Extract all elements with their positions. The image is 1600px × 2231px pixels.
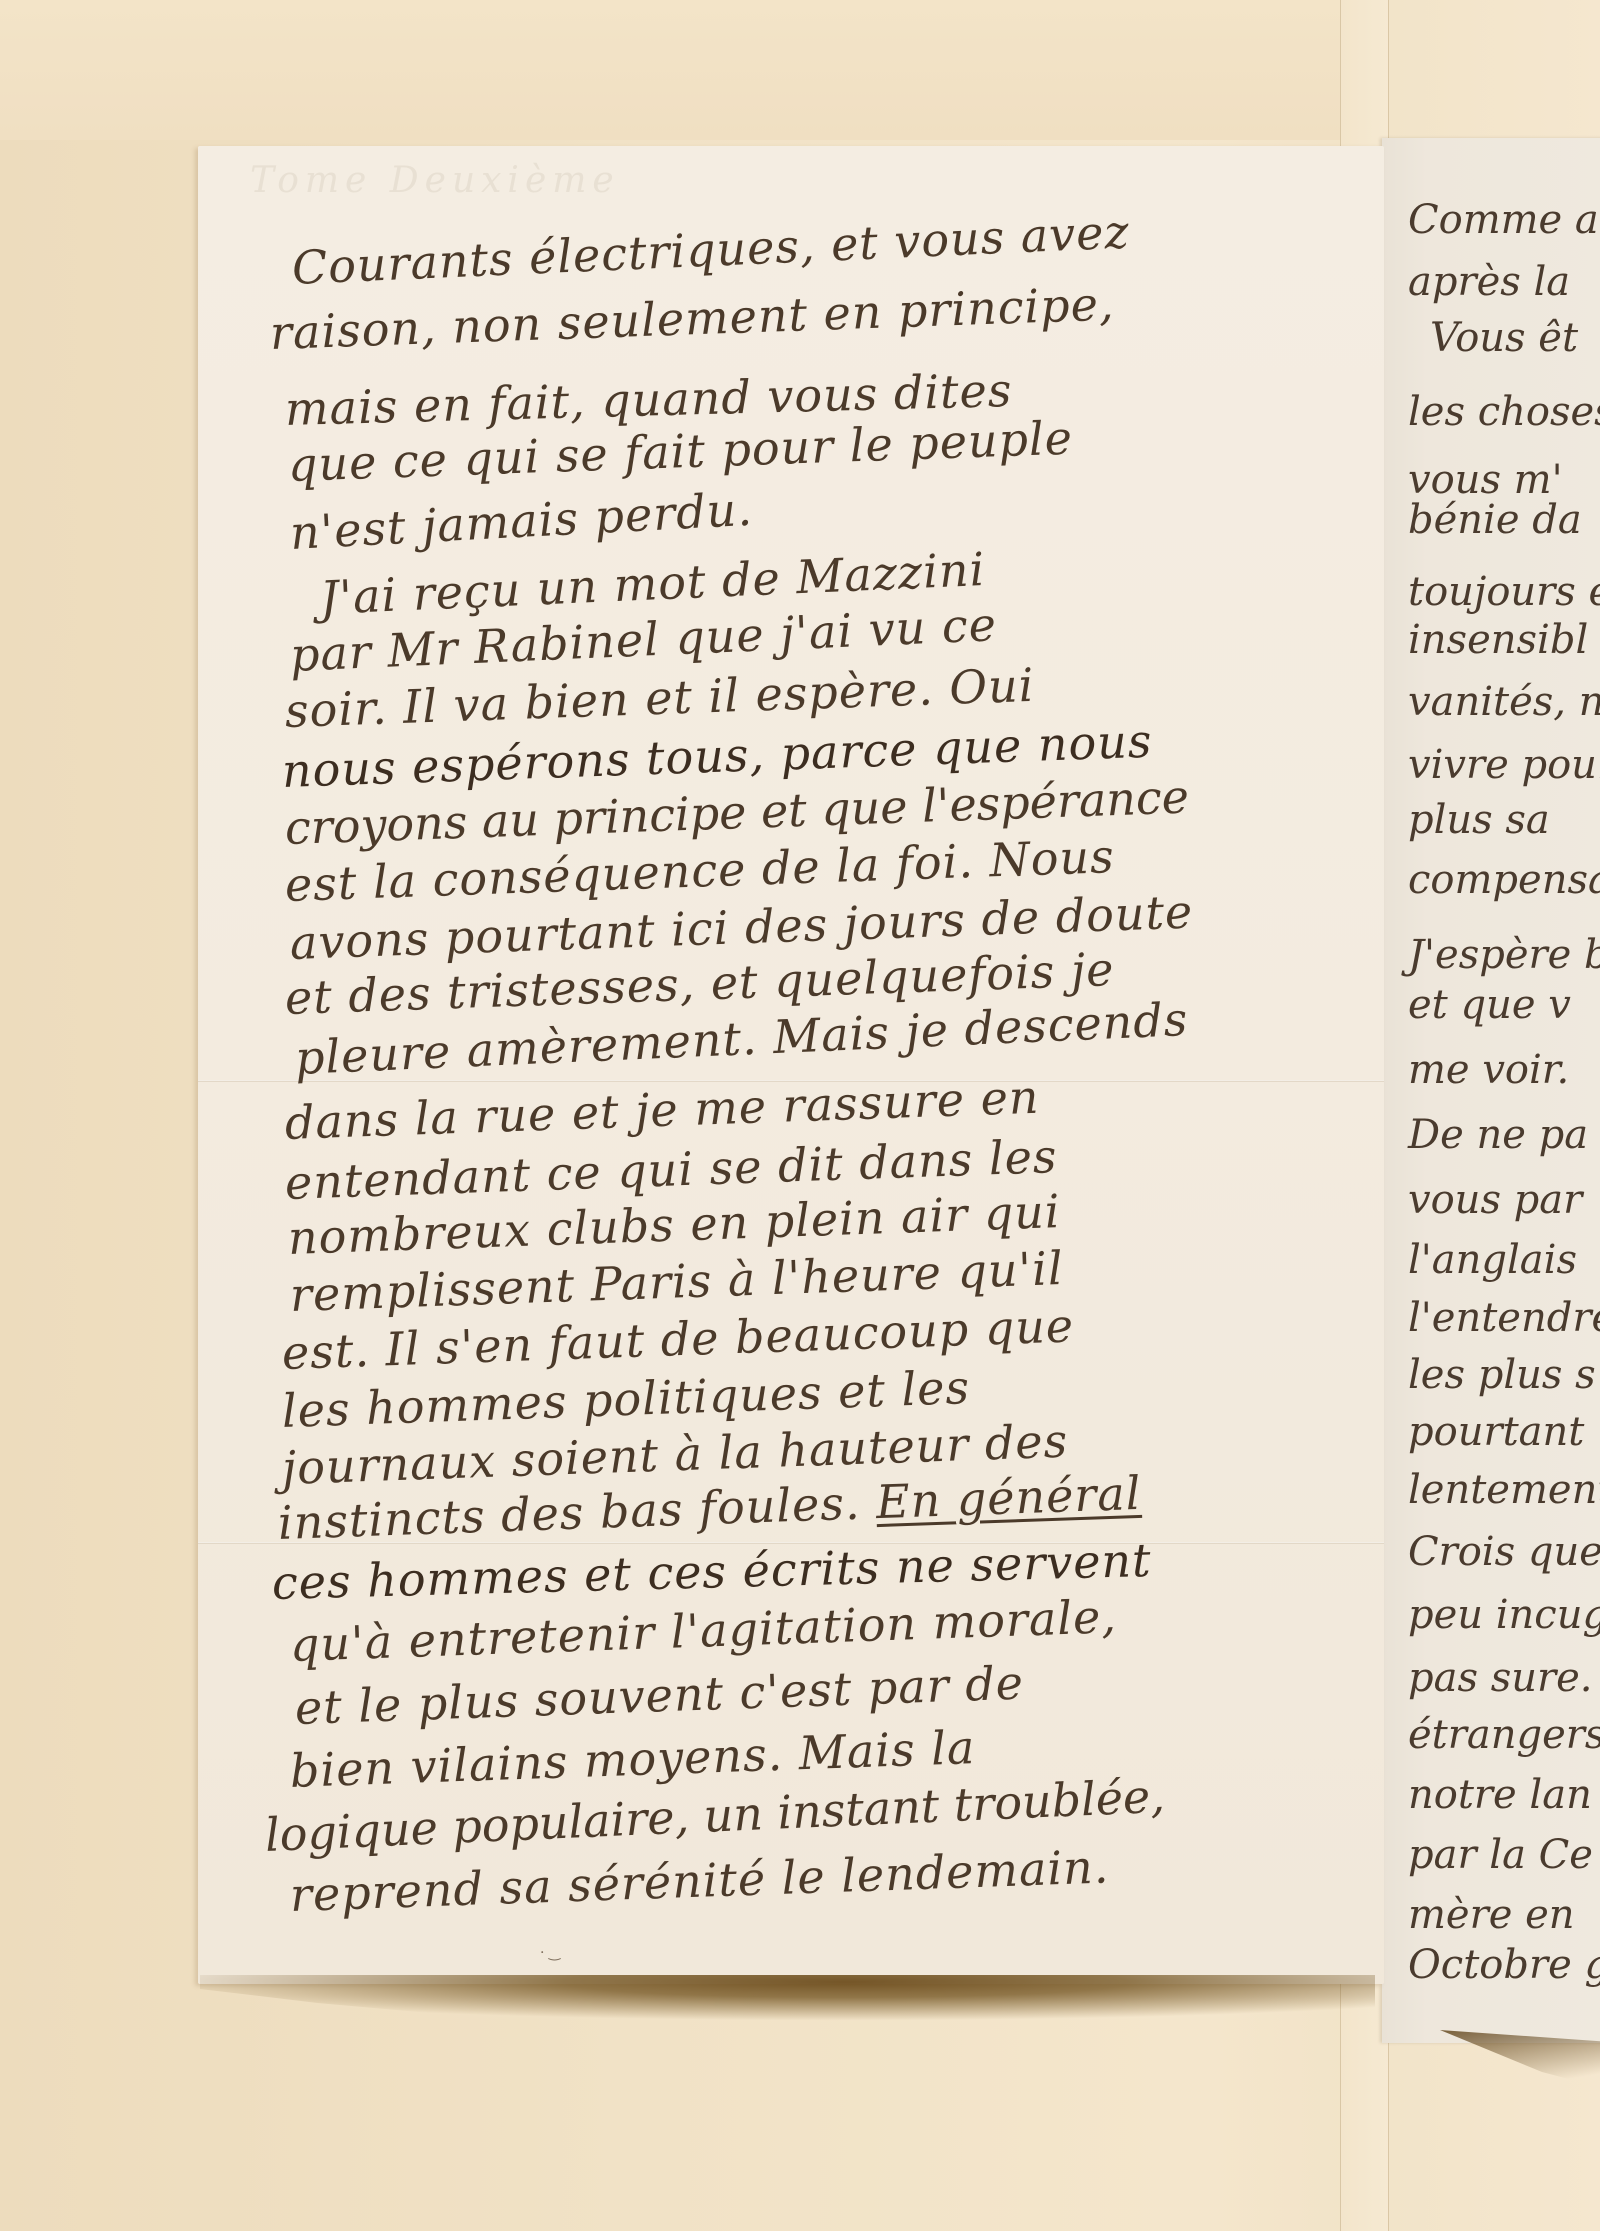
right-line-21: pourtant bbox=[1408, 1412, 1584, 1452]
right-line-11: plus sa bbox=[1408, 800, 1550, 840]
right-line-30: Octobre g bbox=[1408, 1945, 1600, 1985]
right-line-3: Vous êt bbox=[1430, 318, 1578, 358]
right-line-14: et que v bbox=[1408, 985, 1571, 1025]
right-line-29: mère en bbox=[1408, 1895, 1575, 1935]
right-line-28: par la Ce bbox=[1408, 1835, 1593, 1875]
right-line-15: me voir. bbox=[1408, 1050, 1569, 1090]
right-line-26: étrangers bbox=[1408, 1715, 1600, 1755]
right-line-10: vivre pour bbox=[1408, 745, 1600, 785]
right-line-22: lentement bbox=[1408, 1470, 1600, 1510]
right-line-8: insensibl bbox=[1408, 620, 1588, 660]
right-line-5: vous m' bbox=[1408, 460, 1563, 500]
right-line-23: Crois que bbox=[1408, 1532, 1600, 1572]
right-line-27: notre lan bbox=[1408, 1775, 1592, 1815]
right-line-25: pas sure. bbox=[1408, 1658, 1593, 1698]
right-line-9: vanités, n bbox=[1408, 682, 1600, 722]
bleed-through-text: Tome Deuxième bbox=[250, 160, 620, 201]
main-page-shadow bbox=[200, 1975, 1375, 2045]
right-line-12: compensa bbox=[1408, 860, 1600, 900]
right-line-7: toujours e bbox=[1408, 572, 1600, 612]
right-line-20: les plus s bbox=[1408, 1355, 1596, 1395]
right-line-17: vous par bbox=[1408, 1180, 1582, 1220]
right-line-6: bénie da bbox=[1408, 500, 1582, 540]
right-line-2: après la bbox=[1408, 262, 1570, 302]
underlined-en-general: En général bbox=[875, 1466, 1142, 1529]
right-line-13: J'espère b bbox=[1408, 935, 1600, 975]
right-line-24: peu incug bbox=[1408, 1595, 1600, 1635]
ink-specks: · ‿ bbox=[540, 1945, 560, 1961]
right-line-1: Comme a bbox=[1408, 200, 1599, 240]
document-scene: Tome Deuxième Courants électriques, et v… bbox=[0, 0, 1600, 2231]
right-line-19: l'entendre bbox=[1408, 1298, 1600, 1338]
right-line-18: l'anglais bbox=[1408, 1240, 1577, 1280]
right-line-4: les choses bbox=[1408, 392, 1600, 432]
right-line-16: De ne pa bbox=[1408, 1115, 1588, 1155]
